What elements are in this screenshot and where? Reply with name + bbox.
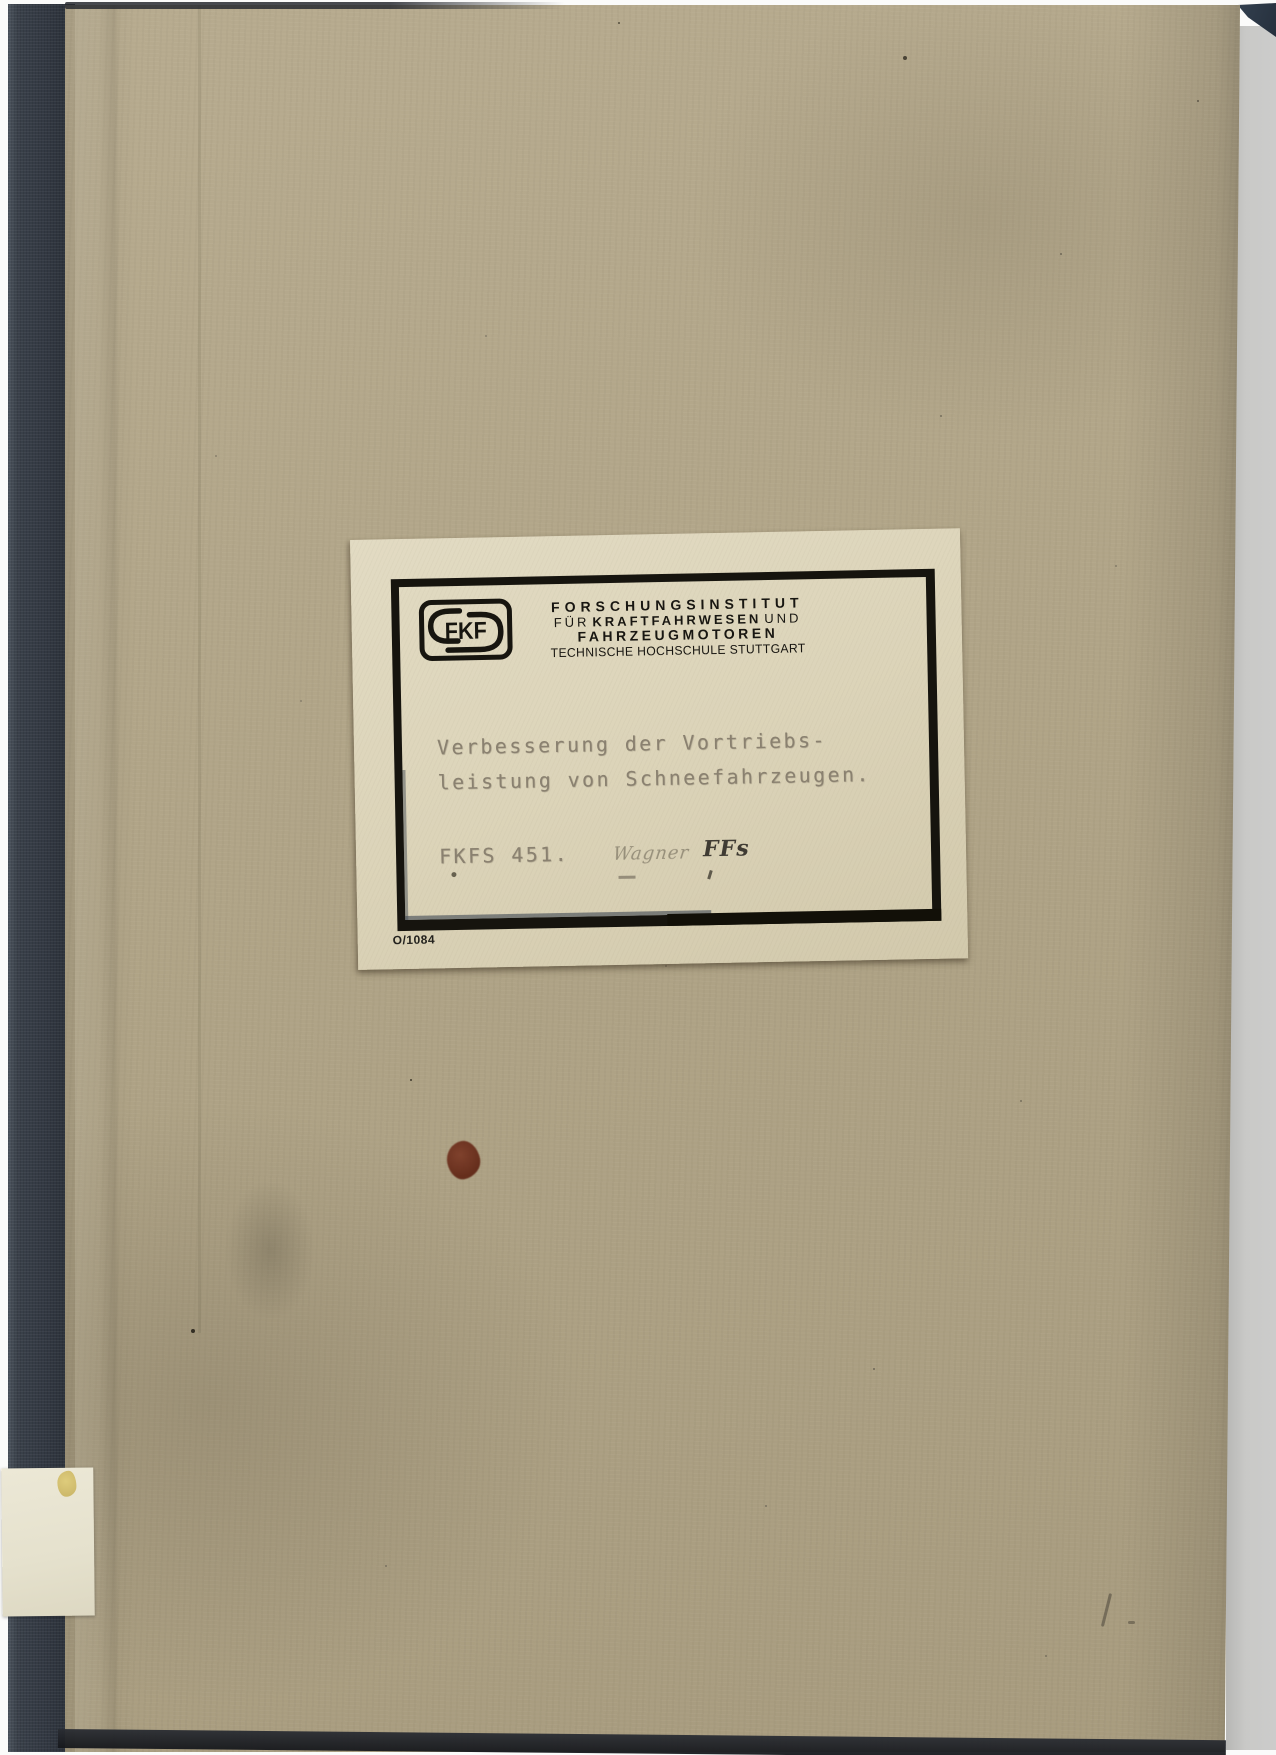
pencil-signature: Wagner	[612, 843, 691, 866]
institute-name-block: FORSCHUNGSINSTITUT FÜRKRAFTFAHRWESENUND …	[517, 595, 838, 663]
glue-spot	[57, 1471, 76, 1497]
report-number: FKFS 451.	[439, 842, 569, 868]
red-stain	[443, 1138, 483, 1182]
frame-shadow-bottom	[405, 910, 711, 920]
spine-sticker	[1, 1468, 95, 1617]
frame-shadow-left	[402, 770, 408, 920]
scanned-book-cover: FKF FORSCHUNGSINSTITUT FÜRKRAFTFAHRWESEN…	[0, 0, 1276, 1755]
label-form-number: O/1084	[393, 932, 436, 947]
ink-initials: FFs	[703, 835, 750, 862]
top-edge-shadow	[65, 2, 565, 9]
report-number-line: FKFS 451. Wagner FFs	[439, 842, 569, 868]
typewritten-title: Verbesserung der Vortriebs- leistung von…	[437, 722, 871, 800]
logo-monogram: FKF	[445, 617, 488, 645]
typewriter-dot-mark	[451, 872, 456, 877]
fkfs-logo: FKF	[417, 597, 514, 663]
pencil-underline-mark	[618, 876, 635, 879]
pencil-stroke-mark	[1101, 1593, 1112, 1627]
vertical-crease	[198, 5, 201, 1333]
institute-line2-post: UND	[764, 610, 801, 626]
pencil-dot-mark	[1128, 1621, 1135, 1624]
library-label: FKF FORSCHUNGSINSTITUT FÜRKRAFTFAHRWESEN…	[350, 528, 968, 970]
